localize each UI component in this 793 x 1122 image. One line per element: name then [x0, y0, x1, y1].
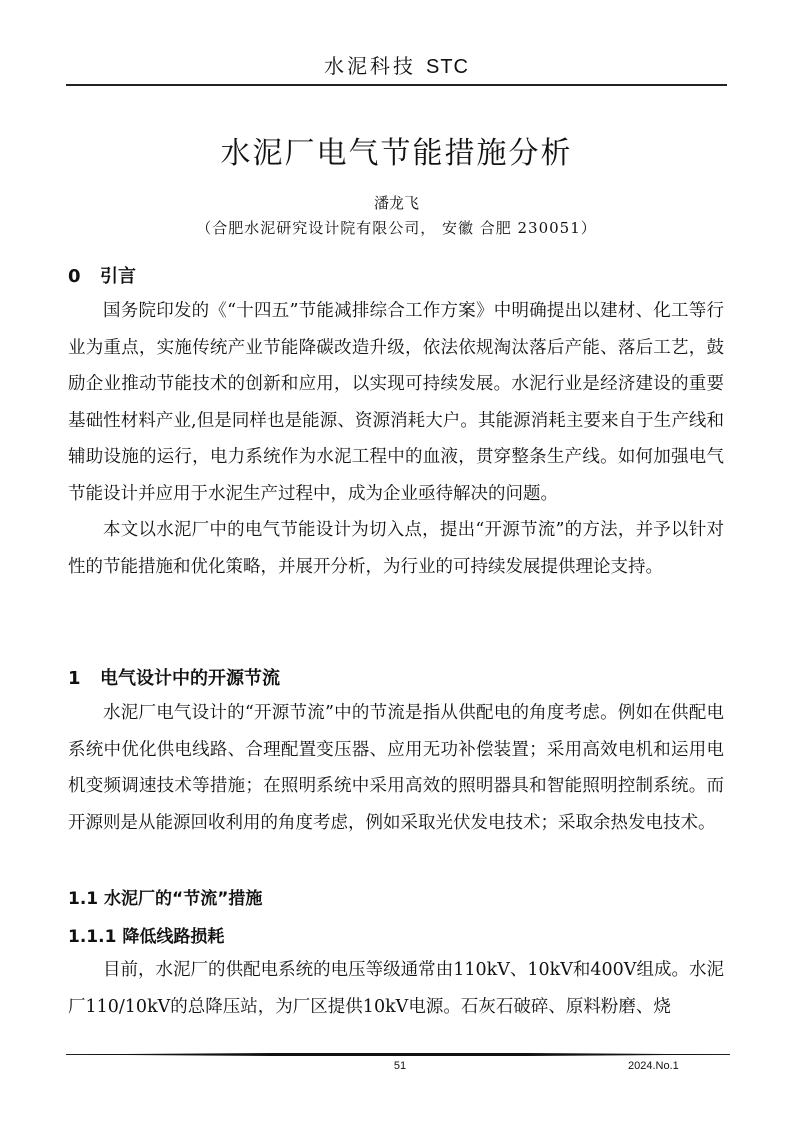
paragraph: 国务院印发的《“十四五”节能减排综合工作方案》中明确提出以建材、化工等行业为重点… — [68, 293, 724, 512]
author-affiliation: （合肥水泥研究设计院有限公司， 安徽 合肥 230051） — [66, 217, 727, 238]
journal-header: 水泥科技STC — [66, 50, 727, 79]
section-number: 1 — [68, 668, 100, 689]
subsection-heading-1-1-1: 1.1.1 降低线路损耗 — [68, 922, 224, 947]
subsection-number: 1.1.1 — [68, 927, 116, 947]
section-body-0: 国务院印发的《“十四五”节能减排综合工作方案》中明确提出以建材、化工等行业为重点… — [68, 293, 724, 585]
paragraph: 目前，水泥厂的供配电系统的电压等级通常由110kV、10kV和400V组成。水泥… — [68, 952, 724, 1025]
journal-abbr: STC — [426, 56, 469, 78]
document-page: 水泥科技STC 水泥厂电气节能措施分析 潘龙飞 （合肥水泥研究设计院有限公司， … — [0, 0, 793, 1122]
subsection-heading-1-1: 1.1 水泥厂的“节流”措施 — [68, 884, 262, 909]
issue-label: 2024.No.1 — [628, 1060, 679, 1072]
section-body-1-1-1: 目前，水泥厂的供配电系统的电压等级通常由110kV、10kV和400V组成。水泥… — [68, 952, 724, 1025]
page-number: 51 — [380, 1060, 420, 1072]
subsection-number: 1.1 — [68, 889, 98, 909]
paragraph: 本文以水泥厂中的电气节能设计为切入点，提出“开源节流”的方法，并予以针对性的节能… — [68, 512, 724, 585]
section-title: 引言 — [100, 266, 136, 287]
header-rule — [66, 84, 727, 86]
section-number: 0 — [68, 266, 100, 287]
article-title: 水泥厂电气节能措施分析 — [66, 128, 727, 172]
footer-rule — [66, 1052, 730, 1057]
paragraph: 水泥厂电气设计的“开源节流”中的节流是指从供配电的角度考虑。例如在供配电系统中优… — [68, 695, 724, 841]
section-body-1: 水泥厂电气设计的“开源节流”中的节流是指从供配电的角度考虑。例如在供配电系统中优… — [68, 695, 724, 841]
section-heading-1: 1电气设计中的开源节流 — [68, 664, 280, 690]
subsection-title: 水泥厂的“节流”措施 — [104, 889, 262, 909]
article-author: 潘龙飞 — [66, 192, 727, 213]
section-heading-0: 0引言 — [68, 262, 136, 288]
section-title: 电气设计中的开源节流 — [100, 668, 280, 689]
journal-name: 水泥科技 — [324, 54, 416, 78]
subsection-title: 降低线路损耗 — [122, 927, 224, 947]
